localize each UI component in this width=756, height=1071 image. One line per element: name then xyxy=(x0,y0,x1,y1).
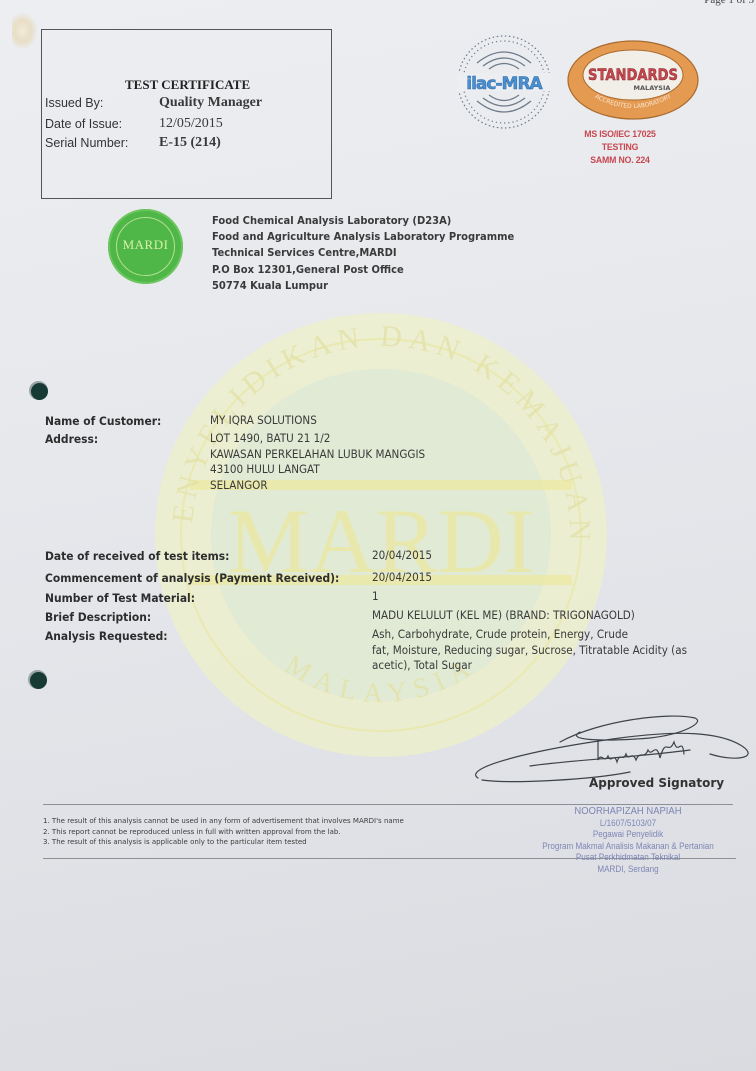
serial-number-label: Serial Number: xyxy=(45,136,128,150)
address-value: LOT 1490, BATU 21 1/2 KAWASAN PERKELAHAN… xyxy=(210,431,425,493)
customer-name-label: Name of Customer: xyxy=(45,414,161,428)
svg-text:MALAYSIA: MALAYSIA xyxy=(634,84,671,92)
certificate-title: TEST CERTIFICATE xyxy=(125,77,250,93)
customer-name-value: MY IQRA SOLUTIONS xyxy=(210,413,317,429)
test-material-count-label: Number of Test Material: xyxy=(45,591,195,605)
standards-malaysia-logo: STANDARDS MALAYSIA ACCREDITED LABORATORY xyxy=(566,39,700,121)
approved-signatory-label: Approved Signatory xyxy=(589,776,724,790)
lab-address: Food Chemical Analysis Laboratory (D23A)… xyxy=(212,213,514,294)
mardi-logo: MARDI xyxy=(108,209,183,284)
analysis-requested-value: Ash, Carbohydrate, Crude protein, Energy… xyxy=(372,627,687,674)
issued-by-label: Issued By: xyxy=(45,96,103,110)
ilac-mra-logo: ilac-MRA xyxy=(455,33,553,131)
address-label: Address: xyxy=(45,432,98,446)
date-of-issue-label: Date of Issue: xyxy=(45,117,122,131)
svg-text:ilac-MRA: ilac-MRA xyxy=(466,74,543,94)
officer-stamp: NOORHAPIZAH NAPIAH L/1607/5103/07 Pegawa… xyxy=(524,806,733,875)
footer-notes: 1. The result of this analysis cannot be… xyxy=(43,816,404,848)
certificate-box: TEST CERTIFICATE Issued By: Quality Mana… xyxy=(41,29,332,199)
analysis-requested-label: Analysis Requested: xyxy=(45,629,168,643)
brief-description-label: Brief Description: xyxy=(45,610,151,624)
commencement-value: 20/04/2015 xyxy=(372,570,432,586)
date-of-issue-value: 12/05/2015 xyxy=(159,116,223,132)
serial-number-value: E-15 (214) xyxy=(159,135,221,151)
commencement-label: Commencement of analysis (Payment Receiv… xyxy=(45,571,339,585)
brief-description-value: MADU KELULUT (KEL ME) (BRAND: TRIGONAGOL… xyxy=(372,608,635,624)
test-material-count-value: 1 xyxy=(372,589,379,605)
received-date-label: Date of received of test items: xyxy=(45,549,229,563)
svg-text:STANDARDS: STANDARDS xyxy=(588,66,678,85)
page-number: Page 1 of 3 xyxy=(704,0,754,6)
punch-hole-bottom xyxy=(30,672,47,689)
received-date-value: 20/04/2015 xyxy=(372,548,432,564)
accreditation-text: MS ISO/IEC 17025 TESTING SAMM NO. 224 xyxy=(565,128,675,167)
mardi-watermark: MARDI PENYELIDIKAN DAN KEMAJUAN MALAYSIA xyxy=(152,310,610,760)
staple-mark xyxy=(12,12,38,50)
punch-hole-top xyxy=(31,383,48,400)
issued-by-value: Quality Manager xyxy=(159,95,262,111)
